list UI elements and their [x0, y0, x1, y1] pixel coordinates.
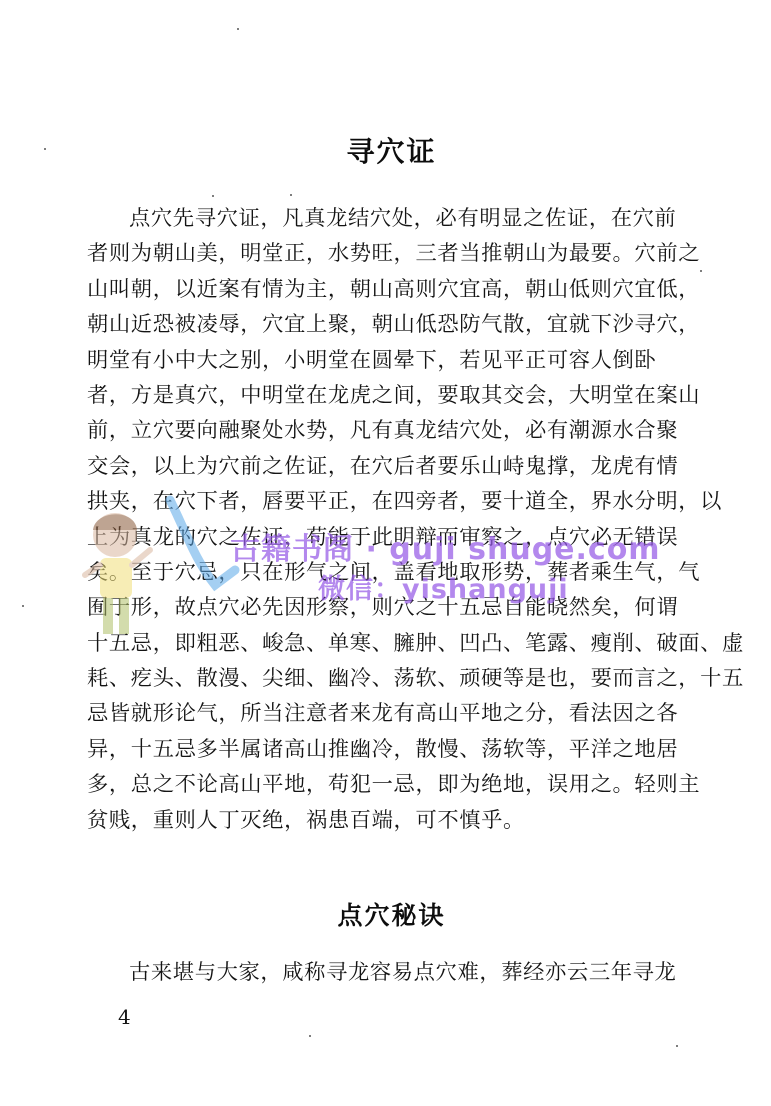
text-line: 前，立穴要向融聚处水势，凡有真龙结穴处，必有潮源水合聚 — [87, 413, 709, 448]
text-line: 忌皆就形论气，所当注意者来龙有高山平地之分，看法因之各 — [87, 696, 709, 731]
text-line: 山叫朝，以近案有情为主，朝山高则穴宜高，朝山低则穴宜低， — [87, 272, 709, 307]
text-line: 矣。至于穴忌，只在形气之间，盖看地取形势，葬者乘生气，气 — [87, 555, 709, 590]
section-title-xun-xue-zheng: 寻穴证 — [0, 130, 771, 170]
section-title-dian-xue-mi-jue: 点穴秘诀 — [0, 896, 771, 932]
text-line: 朝山近恐被凌辱，穴宜上聚，朝山低恐防气散，宜就下沙寻穴， — [87, 307, 709, 342]
text-line: 古来堪与大家，咸称寻龙容易点穴难，葬经亦云三年寻龙 — [87, 955, 709, 990]
section1-body: 点穴先寻穴证，凡真龙结穴处，必有明显之佐证，在穴前 者则为朝山美，明堂正，水势旺… — [87, 201, 709, 838]
text-line: 十五忌，即粗恶、峻急、单寒、臃肿、凹凸、笔露、瘦削、破面、虚 — [87, 626, 709, 661]
scan-speck — [22, 605, 24, 607]
text-line: 囿于形，故点穴必先因形察，则穴之十五忌自能晓然矣，何谓 — [87, 590, 709, 625]
page-number: 4 — [118, 1005, 131, 1029]
text-line: 异，十五忌多半属诸高山推幽冷，散慢、荡软等，平洋之地居 — [87, 732, 709, 767]
text-line: 贫贱，重则人丁灭绝，祸患百端，可不慎乎。 — [87, 803, 709, 838]
scan-speck — [44, 148, 46, 150]
scan-speck — [212, 195, 214, 197]
text-line: 点穴先寻穴证，凡真龙结穴处，必有明显之佐证，在穴前 — [87, 201, 709, 236]
scan-speck — [676, 1045, 678, 1047]
text-line: 明堂有小中大之别，小明堂在圆晕下，若见平正可容人倒卧 — [87, 343, 709, 378]
text-line: 多，总之不论高山平地，苟犯一忌，即为绝地，误用之。轻则主 — [87, 767, 709, 802]
scan-speck — [700, 270, 702, 272]
text-line: 者则为朝山美，明堂正，水势旺，三者当推朝山为最要。穴前之 — [87, 236, 709, 271]
section2-body: 古来堪与大家，咸称寻龙容易点穴难，葬经亦云三年寻龙 — [87, 955, 709, 990]
book-page: 寻穴证 点穴先寻穴证，凡真龙结穴处，必有明显之佐证，在穴前 者则为朝山美，明堂正… — [0, 0, 771, 1106]
scan-speck — [290, 194, 292, 196]
text-line: 交会，以上为穴前之佐证，在穴后者要乐山峙鬼撑，龙虎有情 — [87, 449, 709, 484]
text-line: 拱夹，在穴下者，唇要平正，在四旁者，要十道全，界水分明，以 — [87, 484, 709, 519]
scan-speck — [237, 28, 239, 30]
text-line: 上为真龙的穴之佐证，苟能于此明辩而审察之，点穴必无错误 — [87, 520, 709, 555]
text-line: 耗、疙头、散漫、尖细、幽冷、荡软、顽硬等是也，要而言之，十五 — [87, 661, 709, 696]
scan-speck — [309, 1035, 311, 1037]
text-line: 者，方是真穴，中明堂在龙虎之间，要取其交会，大明堂在案山 — [87, 378, 709, 413]
